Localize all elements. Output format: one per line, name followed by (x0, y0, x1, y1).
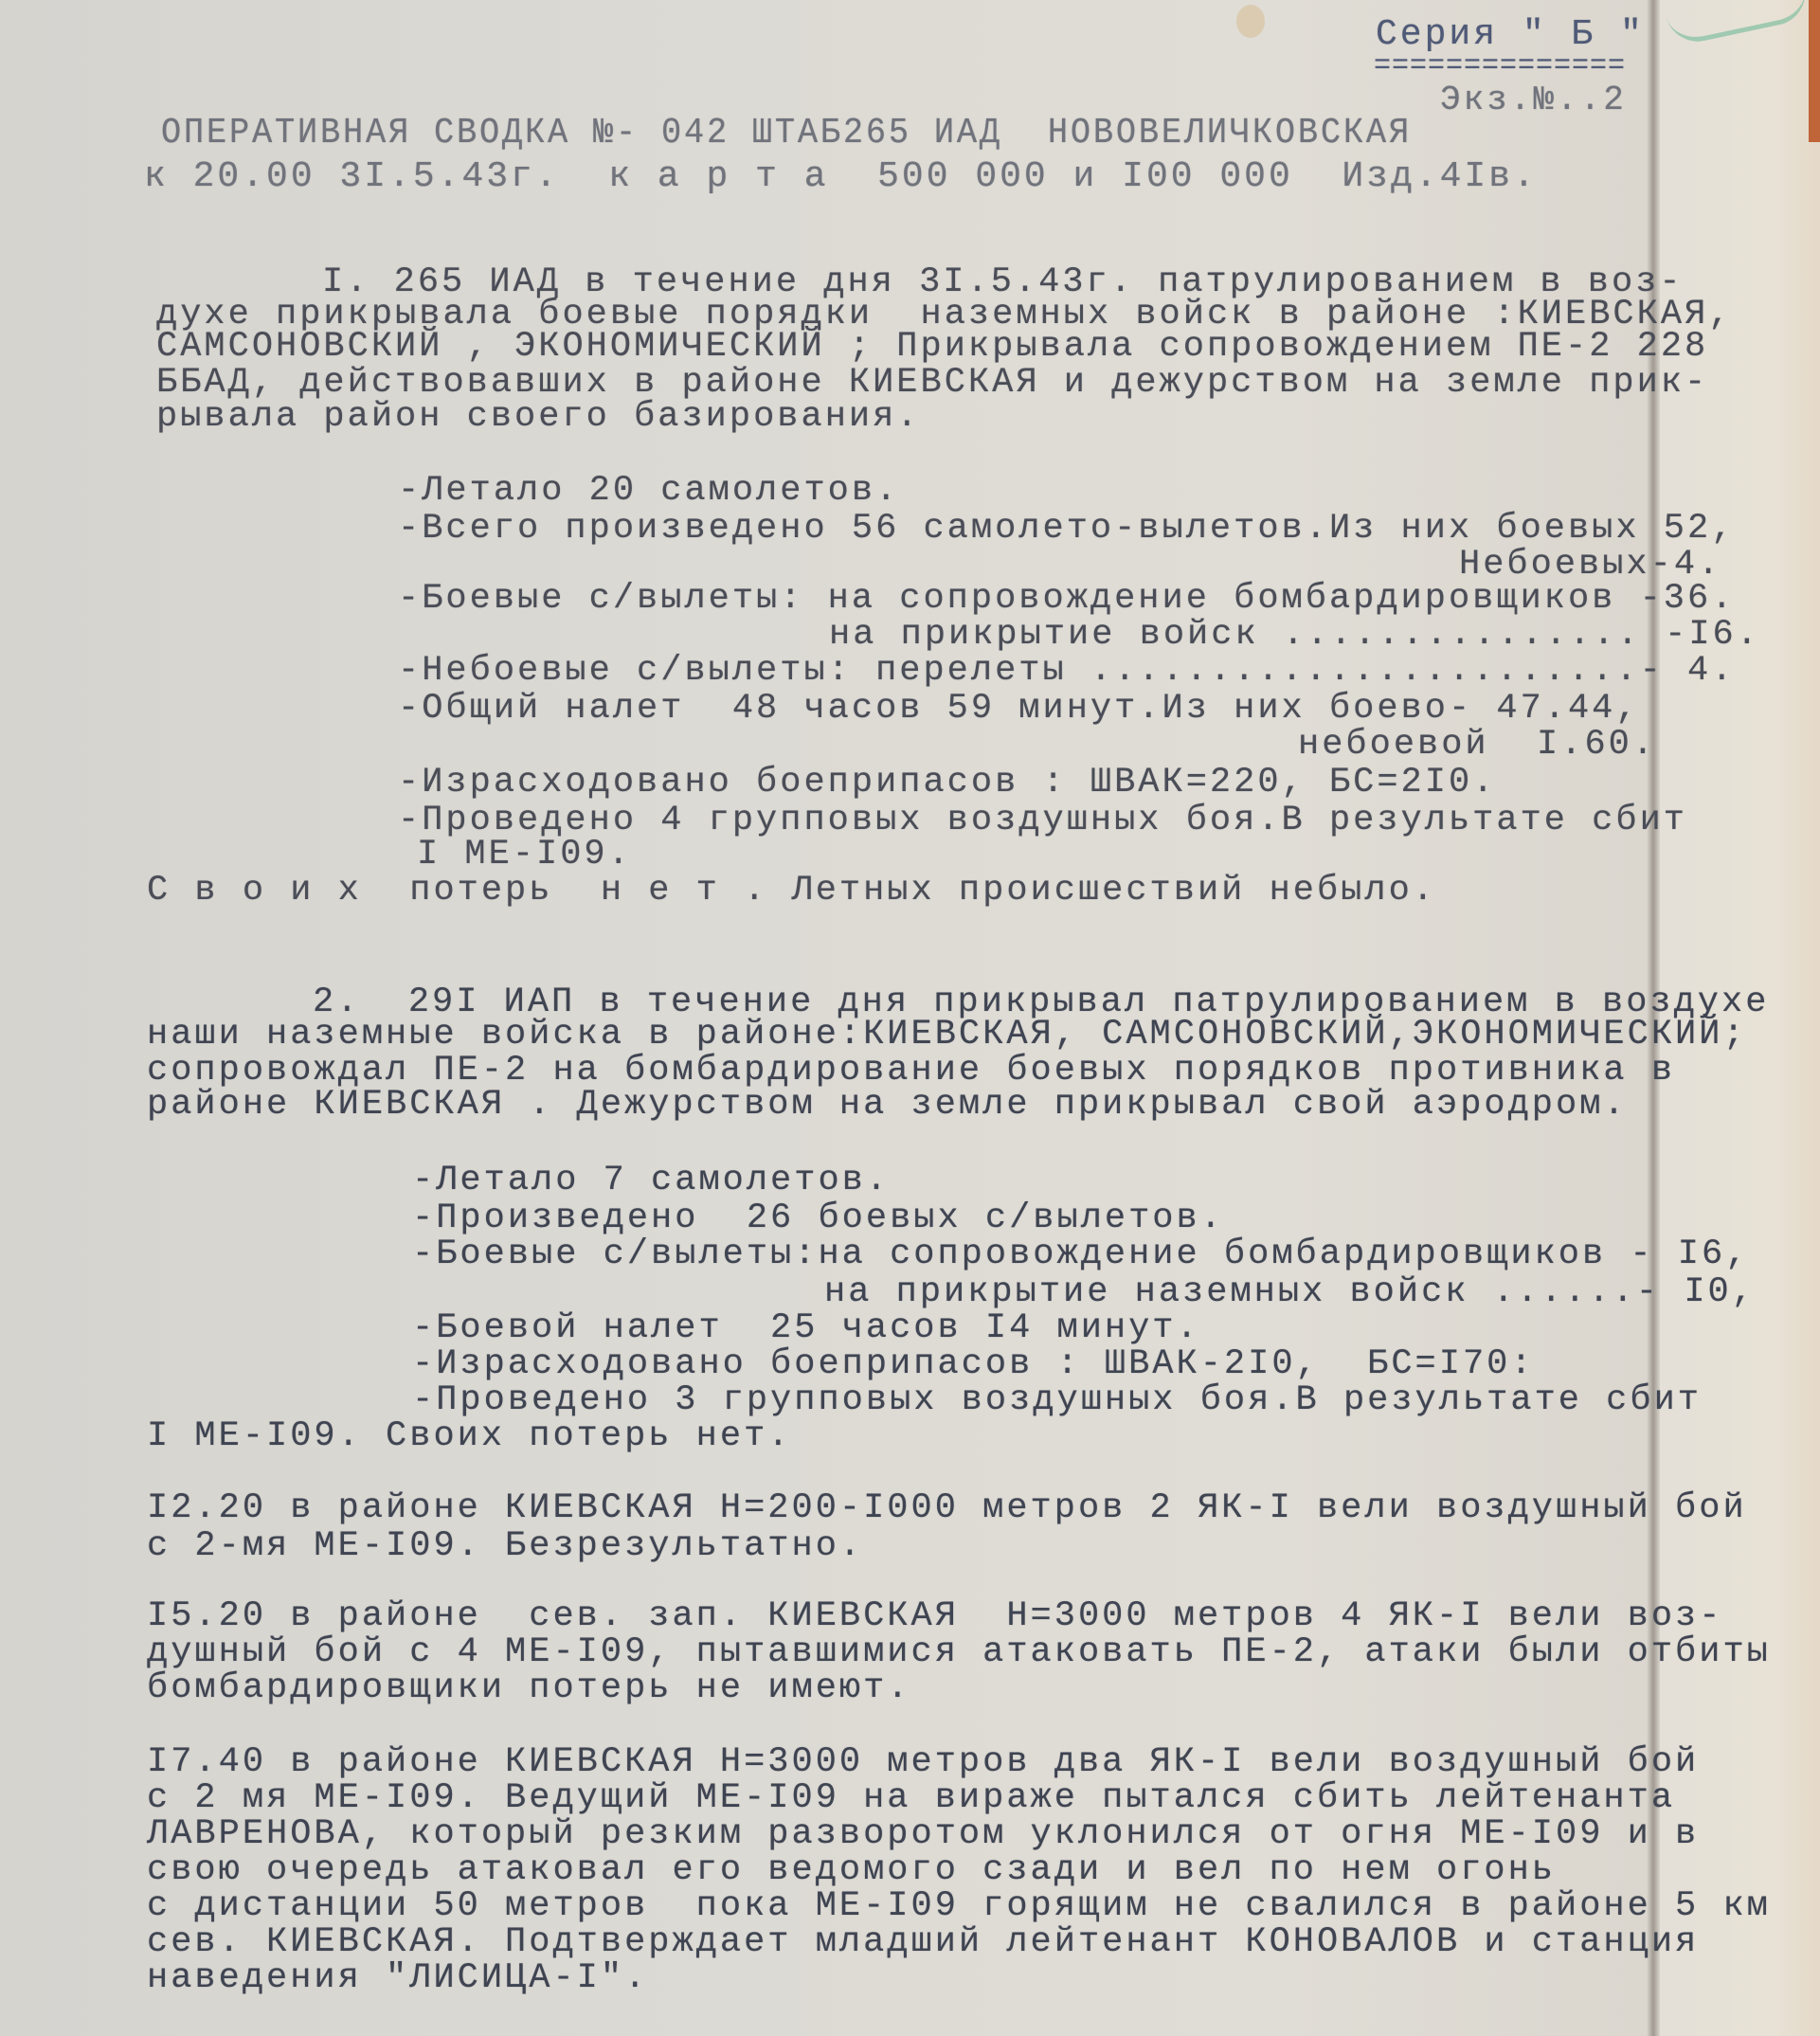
section2-item: -Боевые с/вылеты:на сопровождение бомбар… (412, 1237, 1749, 1272)
section2-line: районе КИЕВСКАЯ . Дежурством на земле пр… (147, 1088, 1628, 1123)
section2-item: -Боевой налет 25 часов I4 минут. (412, 1311, 1200, 1346)
section1-item: небоевой I.60. (1298, 728, 1656, 763)
section2-line: наши наземные войска в районе:КИЕВСКАЯ, … (147, 1018, 1747, 1053)
background-edge (1809, 0, 1820, 142)
section1-line: САМСОНОВСКИЙ , ЭКОНОМИЧЕСКИЙ ; Прикрывал… (156, 330, 1708, 365)
engagement-line: бомбардировщики потерь не имеют. (147, 1671, 911, 1706)
section2-item: -Произведено 26 боевых с/вылетов. (412, 1201, 1224, 1236)
engagement-line: I5.20 в районе сев. зап. КИЕВСКАЯ Н=3000… (147, 1599, 1722, 1634)
paper-stain (1236, 5, 1265, 38)
engagement-line: сев. КИЕВСКАЯ. Подтверждает младший лейт… (147, 1925, 1699, 1960)
section2-item: на прикрытие наземных войск ......- I0, (824, 1275, 1756, 1310)
engagement-line: с 2-мя МЕ-I09. Безрезультатно. (147, 1529, 863, 1564)
section2-closing: I МЕ-I09. Своих потерь нет. (147, 1419, 792, 1454)
section2-line: сопровождал ПЕ-2 на бомбардирование боев… (147, 1054, 1675, 1089)
engagement-line: I2.20 в районе КИЕВСКАЯ Н=200-I000 метро… (147, 1491, 1747, 1526)
section1-line: рывала район своего базирования. (156, 400, 921, 435)
engagement-line: I7.40 в районе КИЕВСКАЯ Н=3000 метров дв… (147, 1745, 1699, 1780)
section1-item: I МЕ-I09. (417, 838, 632, 873)
report-title: ОПЕРАТИВНАЯ СВОДКА №- 042 ШТАБ265 ИАД НО… (161, 116, 1412, 152)
engagement-line: ЛАВРЕНОВА, который резким разворотом укл… (147, 1817, 1699, 1852)
engagement-line: свою очередь атаковал его ведомого сзади… (147, 1853, 1556, 1888)
section1-line: ББАД, действовавших в районе КИЕВСКАЯ и … (156, 366, 1708, 401)
section1-item: -Небоевые с/вылеты: перелеты ...........… (398, 654, 1735, 689)
section1-item: -Боевые с/вылеты: на сопровождение бомба… (398, 582, 1735, 617)
copy-number: Экз.№..2 (1440, 83, 1627, 117)
engagement-line: душный бой с 4 МЕ-I09, пытавшимися атако… (147, 1635, 1771, 1670)
document-page: Серия " Б " ============== Экз.№..2 ОПЕР… (0, 0, 1820, 2036)
series-label: Серия " Б " (1376, 17, 1645, 53)
series-underline: ============== (1374, 52, 1626, 81)
section2-item: -Проведено 3 групповых воздушных боя.В р… (412, 1383, 1702, 1418)
section1-item: Небоевых-4. (1459, 548, 1721, 583)
section1-item: -Проведено 4 групповых воздушных боя.В р… (398, 803, 1687, 838)
section1-item: -Всего произведено 56 самолето-вылетов.И… (398, 512, 1735, 547)
section1-item: -Общий налет 48 часов 59 минут.Из них бо… (398, 692, 1640, 727)
section2-item: -Израсходовано боеприпасов : ШВАК-2I0, Б… (412, 1347, 1535, 1382)
section1-item: -Летало 20 самолетов. (398, 474, 899, 509)
section1-item: -Израсходовано боеприпасов : ШВАК=220, Б… (398, 766, 1496, 801)
engagement-line: с дистанции 50 метров пока МЕ-I09 горящи… (147, 1889, 1771, 1924)
section1-closing: С в о и х потерь н е т . Летных происшес… (147, 874, 1436, 909)
engagement-line: наведения "ЛИСИЦА-I". (147, 1961, 648, 1996)
section1-item: на прикрытие войск ............... -I6. (829, 618, 1760, 653)
engagement-line: с 2 мя МЕ-I09. Ведущий МЕ-I09 на вираже … (147, 1781, 1675, 1816)
report-subtitle: к 20.00 3I.5.43г. к а р т а 500 000 и I0… (144, 159, 1538, 195)
section2-item: -Летало 7 самолетов. (412, 1163, 890, 1198)
